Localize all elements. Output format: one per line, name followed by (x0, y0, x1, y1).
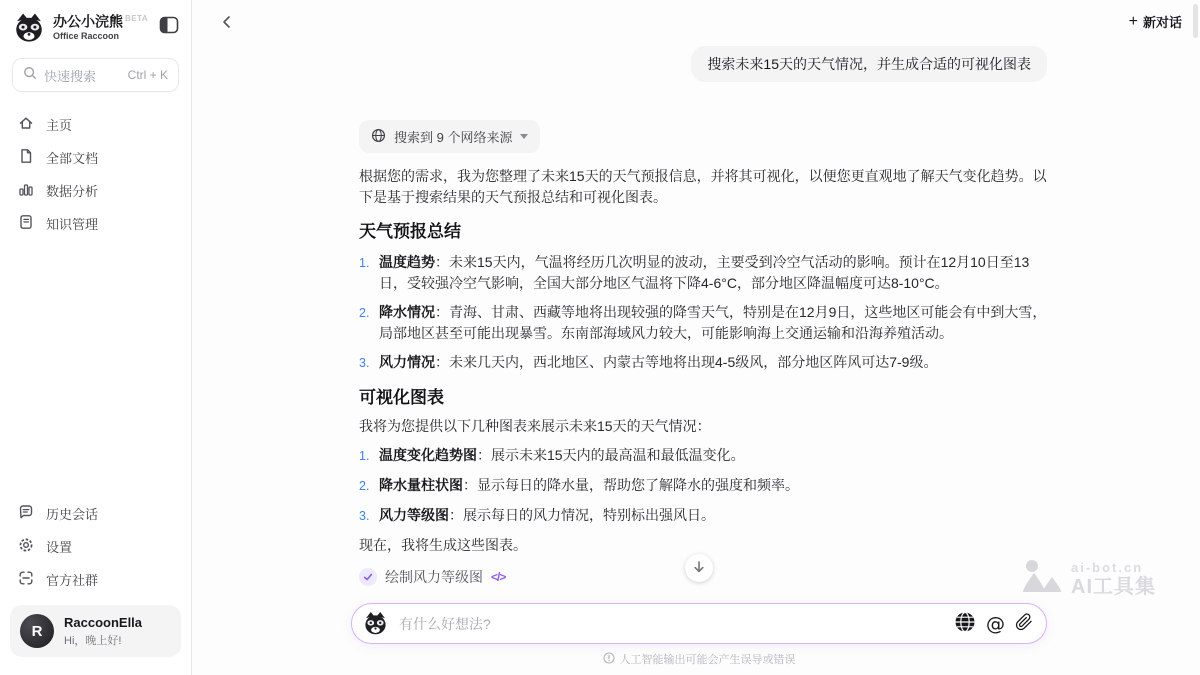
list-item-text: ：展示每日的风力情况，特别标出强风日。 (449, 507, 715, 523)
user-message-bubble: 搜索未来15天的天气情况，并生成合适的可视化图表 (691, 46, 1047, 82)
sidebar-item-home[interactable]: 主页 (0, 108, 191, 141)
section-heading-summary: 天气预报总结 (359, 220, 1047, 244)
list-item-label: 温度变化趋势图 (379, 447, 477, 463)
gear-icon (18, 537, 34, 556)
list-marker: 1. (359, 445, 379, 467)
globe-icon (371, 128, 386, 146)
search-icon (23, 66, 37, 85)
check-icon (359, 568, 377, 586)
watermark-title: AI工具集 (1071, 577, 1156, 597)
list-item: 1. 温度变化趋势图：展示未来15天内的最高温和最低温变化。 (359, 445, 1047, 467)
user-name: RaccoonElla (64, 615, 142, 630)
chat-history-icon (18, 504, 34, 523)
sidebar-item-label: 主页 (46, 115, 72, 134)
sidebar-nav: 主页 全部文档 数据分析 知识管理 (0, 96, 191, 240)
list-item: 2. 降水量柱状图：显示每日的降水量，帮助您了解降水的强度和频率。 (359, 475, 1047, 497)
scroll-to-bottom-button[interactable] (685, 554, 713, 582)
list-item-label: 降水量柱状图 (379, 477, 463, 493)
list-item-label: 风力等级图 (379, 507, 449, 523)
app-subtitle: Office Raccoon (53, 31, 157, 41)
list-item: 3. 风力等级图：展示每日的风力情况，特别标出强风日。 (359, 505, 1047, 527)
list-item-label: 降水情况 (379, 304, 435, 320)
sidebar-item-label: 官方社群 (46, 570, 98, 589)
list-item-text: ：未来几天内，西北地区、内蒙古等地将出现4-5级风，部分地区阵风可达7-9级。 (435, 354, 937, 370)
list-item-text: ：显示每日的降水量，帮助您了解降水的强度和频率。 (463, 477, 799, 493)
list-marker: 2. (359, 302, 379, 344)
list-marker: 3. (359, 352, 379, 374)
message-input[interactable] (399, 616, 944, 632)
watermark-text: ai-bot.cn AI工具集 (1071, 561, 1156, 597)
list-item-label: 风力情况 (379, 354, 435, 370)
paperclip-icon (1015, 613, 1033, 634)
watermark-url: ai-bot.cn (1071, 561, 1156, 574)
sidebar-item-all-documents[interactable]: 全部文档 (0, 141, 191, 174)
list-item: 2. 降水情况：青海、甘肃、西藏等地将出现较强的降雪天气，特别是在12月9日，这… (359, 302, 1047, 344)
raccoon-logo-icon (12, 11, 46, 45)
home-icon (18, 115, 34, 134)
sidebar-item-settings[interactable]: 设置 (0, 530, 191, 563)
disclaimer-text: 人工智能输出可能会产生误导或错误 (620, 651, 796, 667)
attach-file-button[interactable] (1015, 613, 1033, 634)
mention-button[interactable]: @ (986, 613, 1005, 635)
sidebar-item-label: 历史会话 (46, 504, 98, 523)
avatar: R (20, 614, 54, 648)
list-item: 1. 温度趋势：未来15天内，气温将经历几次明显的波动，主要受到冷空气活动的影响… (359, 252, 1047, 294)
sidebar-item-label: 数据分析 (46, 181, 98, 200)
search-placeholder: 快速搜索 (44, 66, 96, 85)
globe-filled-icon (954, 611, 976, 636)
brand-text: 办公小浣熊BETA Office Raccoon (53, 11, 157, 41)
sidebar-collapse-button[interactable] (157, 14, 181, 39)
charts-list: 1. 温度变化趋势图：展示未来15天内的最高温和最低温变化。 2. 降水量柱状图… (359, 445, 1047, 527)
beta-badge: BETA (125, 14, 148, 23)
raccoon-avatar-icon (362, 610, 389, 637)
user-greeting: Hi，晚上好! (64, 632, 142, 648)
back-button[interactable] (218, 12, 236, 35)
sources-pill-label: 搜索到 9 个网络来源 (394, 127, 512, 146)
new-chat-label: 新对话 (1143, 12, 1182, 31)
sidebar-item-knowledge[interactable]: 知识管理 (0, 207, 191, 240)
notebook-icon (18, 214, 34, 233)
sidebar-item-community[interactable]: 官方社群 (0, 563, 191, 596)
community-scan-icon (18, 570, 34, 589)
sidebar-item-label: 设置 (46, 537, 72, 556)
scrollbar-thumb[interactable] (1193, 4, 1198, 38)
user-profile-card[interactable]: R RaccoonElla Hi，晚上好! (10, 605, 181, 657)
brand-row: 办公小浣熊BETA Office Raccoon (0, 0, 191, 51)
quick-search-input[interactable]: 快速搜索 Ctrl + K (12, 58, 179, 92)
sidebar-item-data-analysis[interactable]: 数据分析 (0, 174, 191, 207)
charts-lead-paragraph: 我将为您提供以下几种图表来展示未来15天的天气情况： (359, 416, 1047, 437)
composer-area: @ 人工智能输出可能会产生误导或错误 (192, 597, 1200, 675)
list-marker: 1. (359, 252, 379, 294)
task-label: 绘制风力等级图 (385, 567, 483, 587)
list-item-text: ：展示未来15天内的最高温和最低温变化。 (477, 447, 745, 463)
view-code-icon[interactable]: </> (491, 570, 505, 584)
sidebar-item-history[interactable]: 历史会话 (0, 497, 191, 530)
web-search-toggle-button[interactable] (954, 611, 976, 636)
search-shortcut: Ctrl + K (128, 68, 168, 82)
assistant-intro-paragraph: 根据您的需求，我为您整理了未来15天的天气预报信息，并将其可视化，以便您更直观地… (359, 166, 1047, 208)
collapse-sidebar-icon (159, 22, 179, 37)
chevron-left-icon (220, 18, 234, 33)
list-item-text: ：青海、甘肃、西藏等地将出现较强的降雪天气，特别是在12月9日，这些地区可能会有… (379, 304, 1046, 341)
list-marker: 3. (359, 505, 379, 527)
list-item: 3. 风力情况：未来几天内，西北地区、内蒙古等地将出现4-5级风，部分地区阵风可… (359, 352, 1047, 374)
document-icon (18, 148, 34, 167)
web-sources-pill[interactable]: 搜索到 9 个网络来源 (359, 120, 540, 153)
sidebar-item-label: 全部文档 (46, 148, 98, 167)
app-title: 办公小浣熊BETA (53, 11, 157, 30)
section-heading-charts: 可视化图表 (359, 386, 1047, 410)
at-sign-icon: @ (986, 613, 1005, 635)
sidebar: 办公小浣熊BETA Office Raccoon 快速搜索 Ctrl + K (0, 0, 192, 675)
chevron-down-icon (520, 134, 528, 139)
list-marker: 2. (359, 475, 379, 497)
bar-chart-icon (18, 181, 34, 200)
new-chat-button[interactable]: + 新对话 (1129, 12, 1182, 31)
list-item-label: 温度趋势 (379, 254, 435, 270)
app-window: 办公小浣熊BETA Office Raccoon 快速搜索 Ctrl + K (0, 0, 1200, 675)
ai-disclaimer: 人工智能输出可能会产生误导或错误 (351, 651, 1047, 667)
list-item-text: ：未来15天内，气温将经历几次明显的波动，主要受到冷空气活动的影响。预计在12月… (379, 254, 1029, 291)
composer-bar: @ (351, 603, 1047, 644)
info-icon (603, 652, 615, 667)
chat-main: + 新对话 搜索未来15天的天气情况，并生成合适的可视化图表 搜索到 9 个网络… (192, 0, 1200, 675)
user-info: RaccoonElla Hi，晚上好! (64, 615, 142, 648)
chat-column: 搜索未来15天的天气情况，并生成合适的可视化图表 搜索到 9 个网络来源 根据您… (359, 0, 1047, 649)
arrow-down-icon (692, 560, 706, 577)
sidebar-item-label: 知识管理 (46, 214, 98, 233)
outro-paragraph: 现在，我将生成这些图表。 (359, 535, 1047, 556)
plus-icon: + (1129, 15, 1138, 29)
summary-list: 1. 温度趋势：未来15天内，气温将经历几次明显的波动，主要受到冷空气活动的影响… (359, 252, 1047, 374)
sidebar-bottom: 历史会话 设置 官方社群 R RaccoonElla Hi，晚上好! (0, 497, 191, 675)
